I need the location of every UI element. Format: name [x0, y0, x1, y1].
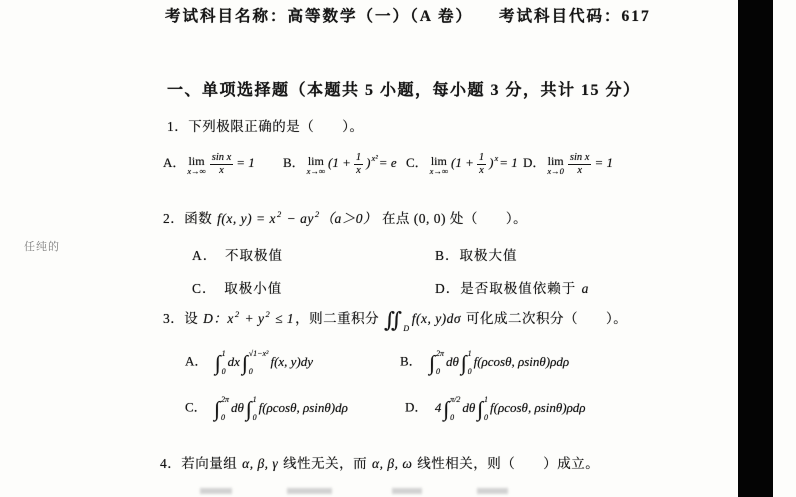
q2-option-b: B．取极大值 [435, 244, 518, 264]
section-title: 一、单项选择题（本题共 5 小题，每小题 3 分，共计 15 分） [167, 77, 641, 100]
q1-option-a: A．limx→∞sin xx= 1 [163, 152, 256, 177]
subject-label: 考试科目名称： [165, 8, 288, 25]
q1-option-d: D．limx→0sin xx= 1 [523, 152, 614, 177]
code-label: 考试科目代码： [499, 8, 622, 25]
code-value: 617 [622, 8, 651, 25]
cutoff-text-fragment [287, 488, 332, 494]
question-1-text: 1．下列极限正确的是（ ）。 [167, 115, 364, 135]
exam-header: 考试科目名称：高等数学（一）（A 卷）考试科目代码：617 [165, 4, 651, 26]
subject-name: 高等数学（一）（A 卷） [288, 8, 473, 25]
q1-option-b: B．limx→∞(1 +1x)x²= e [283, 152, 398, 177]
question-2-text: 2．函数 f(x, y) = x2 − ay2（a＞0） 在点 (0, 0) 处… [163, 207, 527, 227]
q2-option-c: C． 取极小值 [192, 277, 282, 297]
cutoff-text-fragment [200, 488, 232, 494]
question-4-text: 4．若向量组 α, β, γ 线性无关，而 α, β, ω 线性相关，则（ ）成… [160, 452, 599, 472]
q3-option-b: B． ∫2π0dθ∫10f(ρcosθ, ρsinθ)ρdρ [400, 350, 570, 376]
q2-option-d: D．是否取极值依赖于 a [435, 277, 590, 297]
q1-option-c: C．limx→∞(1 +1x)x= 1 [406, 152, 519, 177]
cutoff-text-fragment [477, 488, 508, 494]
q3-option-c: C． ∫2π0dθ∫10f(ρcosθ, ρsinθ)dρ [185, 396, 349, 422]
scan-artifact-bar [738, 0, 773, 497]
q3-option-a: A． ∫10dx∫√1−x²0f(x, y)dy [185, 350, 314, 376]
margin-note: 任纯的 [24, 238, 60, 254]
question-3-text: 3．设 D：x2 + y2 ≤ 1，则二重积分 ∬Df(x, y)dσ 可化成二… [163, 307, 627, 333]
q3-option-d: D． 4∫π/20dθ∫10f(ρcosθ, ρsinθ)ρdρ [405, 396, 587, 422]
cutoff-text-fragment [392, 488, 422, 494]
q2-option-a: A． 不取极值 [192, 244, 283, 264]
scanned-exam-page: 考试科目名称：高等数学（一）（A 卷）考试科目代码：617 一、单项选择题（本题… [0, 0, 796, 497]
